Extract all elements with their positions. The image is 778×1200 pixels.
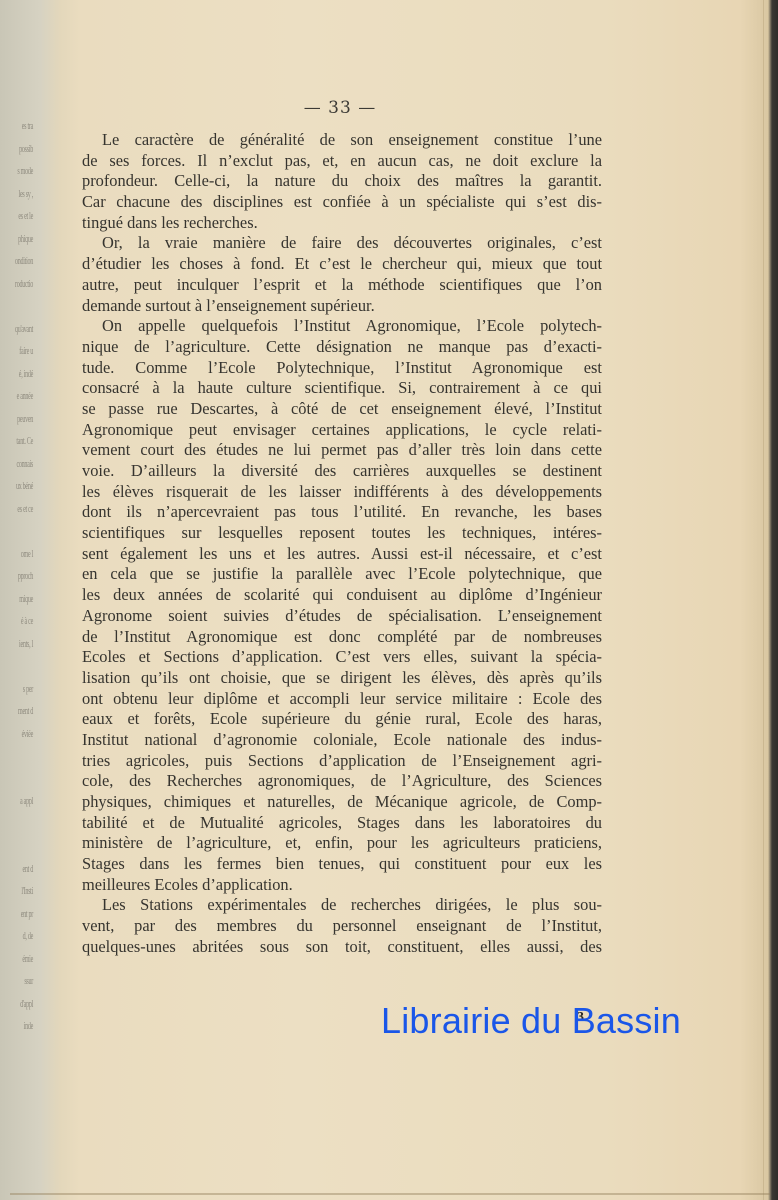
text-line: se passe rue Descartes, à côté de cet en…	[82, 399, 602, 420]
text-line: Institut national d’agronomie coloniale,…	[82, 730, 602, 751]
page-bottom-edge	[10, 1193, 770, 1195]
text-line: de l’Institut Agronomique est donc compl…	[82, 627, 602, 648]
watermark-librairie-du-bassin: Librairie du Bassin	[381, 1000, 681, 1042]
text-line: ministère de l’agriculture, et, enfin, p…	[82, 833, 602, 854]
text-line: les élèves risquerait de les laisser ind…	[82, 482, 602, 503]
text-line: vent, par des membres du personnel ensei…	[82, 916, 602, 937]
page-number: — 33 —	[0, 98, 680, 118]
text-line: Car chacune des disciplines est confiée …	[82, 192, 602, 213]
text-line: les deux années de scolarité qui conduis…	[82, 585, 602, 606]
paragraph: Les Stations expérimentales de recherche…	[82, 895, 602, 957]
body-text: Le caractère de généralité de son enseig…	[82, 130, 602, 958]
text-line: sent également les uns et les autres. Au…	[82, 544, 602, 565]
text-line: Stages dans les fermes bien tenues, qui …	[82, 854, 602, 875]
text-line: cole, des Recherches agronomiques, de l’…	[82, 771, 602, 792]
text-line: d’étudier les choses à fond. Et c’est le…	[82, 254, 602, 275]
text-line: de ses forces. Il n’exclut pas, et, en a…	[82, 151, 602, 172]
text-line: Ecoles et Sections d’application. C’est …	[82, 647, 602, 668]
text-line: quelques-unes abritées sous son toit, co…	[82, 937, 602, 958]
text-line: scientifiques sur lesquelles reposent to…	[82, 523, 602, 544]
text-line: Agronomique peut envisager certaines app…	[82, 420, 602, 441]
paragraph: On appelle quelquefois l’Institut Agrono…	[82, 316, 602, 895]
text-line: voie. D’ailleurs la diversité des carriè…	[82, 461, 602, 482]
text-line: vement court des études ne lui permet pa…	[82, 440, 602, 461]
text-line: tabilité et de Mutualité agricoles, Stag…	[82, 813, 602, 834]
text-line: Or, la vraie manière de faire des découv…	[82, 233, 602, 254]
text-line: dont ils n’apercevraient pas tous l’util…	[82, 502, 602, 523]
text-line: meilleures Ecoles d’application.	[82, 875, 602, 896]
text-line: On appelle quelquefois l’Institut Agrono…	[82, 316, 602, 337]
text-line: physiques, chimiques et naturelles, de M…	[82, 792, 602, 813]
text-line: Les Stations expérimentales de recherche…	[82, 895, 602, 916]
text-line: tries agricoles, puis Sections d’applica…	[82, 751, 602, 772]
page-edge-line	[763, 0, 764, 1200]
text-line: tude. Comme l’Ecole Polytechnique, l’Ins…	[82, 358, 602, 379]
text-line: lisation qu’ils ont choisie, que se diri…	[82, 668, 602, 689]
text-line: Agronome soient suivies d’études de spéc…	[82, 606, 602, 627]
text-line: eaux et forêts, Ecole supérieure du géni…	[82, 709, 602, 730]
text-line: Le caractère de généralité de son enseig…	[82, 130, 602, 151]
text-line: nique de l’agriculture. Cette désignatio…	[82, 337, 602, 358]
paragraph: Le caractère de généralité de son enseig…	[82, 130, 602, 233]
text-line: demande surtout à l’enseignement supérie…	[82, 296, 602, 317]
text-line: autre, peut inculquer l’esprit et la mét…	[82, 275, 602, 296]
text-line: tingué dans les recherches.	[82, 213, 602, 234]
text-line: en cela que se justifie la parallèle ave…	[82, 564, 602, 585]
text-line: profondeur. Celle-ci, la nature du choix…	[82, 171, 602, 192]
text-line: ont obtenu leur diplôme et accompli leur…	[82, 689, 602, 710]
text-line: consacré à la haute culture scientifique…	[82, 378, 602, 399]
book-page: — 33 — Le caractère de généralité de son…	[0, 0, 778, 1200]
paragraph: Or, la vraie manière de faire des découv…	[82, 233, 602, 316]
